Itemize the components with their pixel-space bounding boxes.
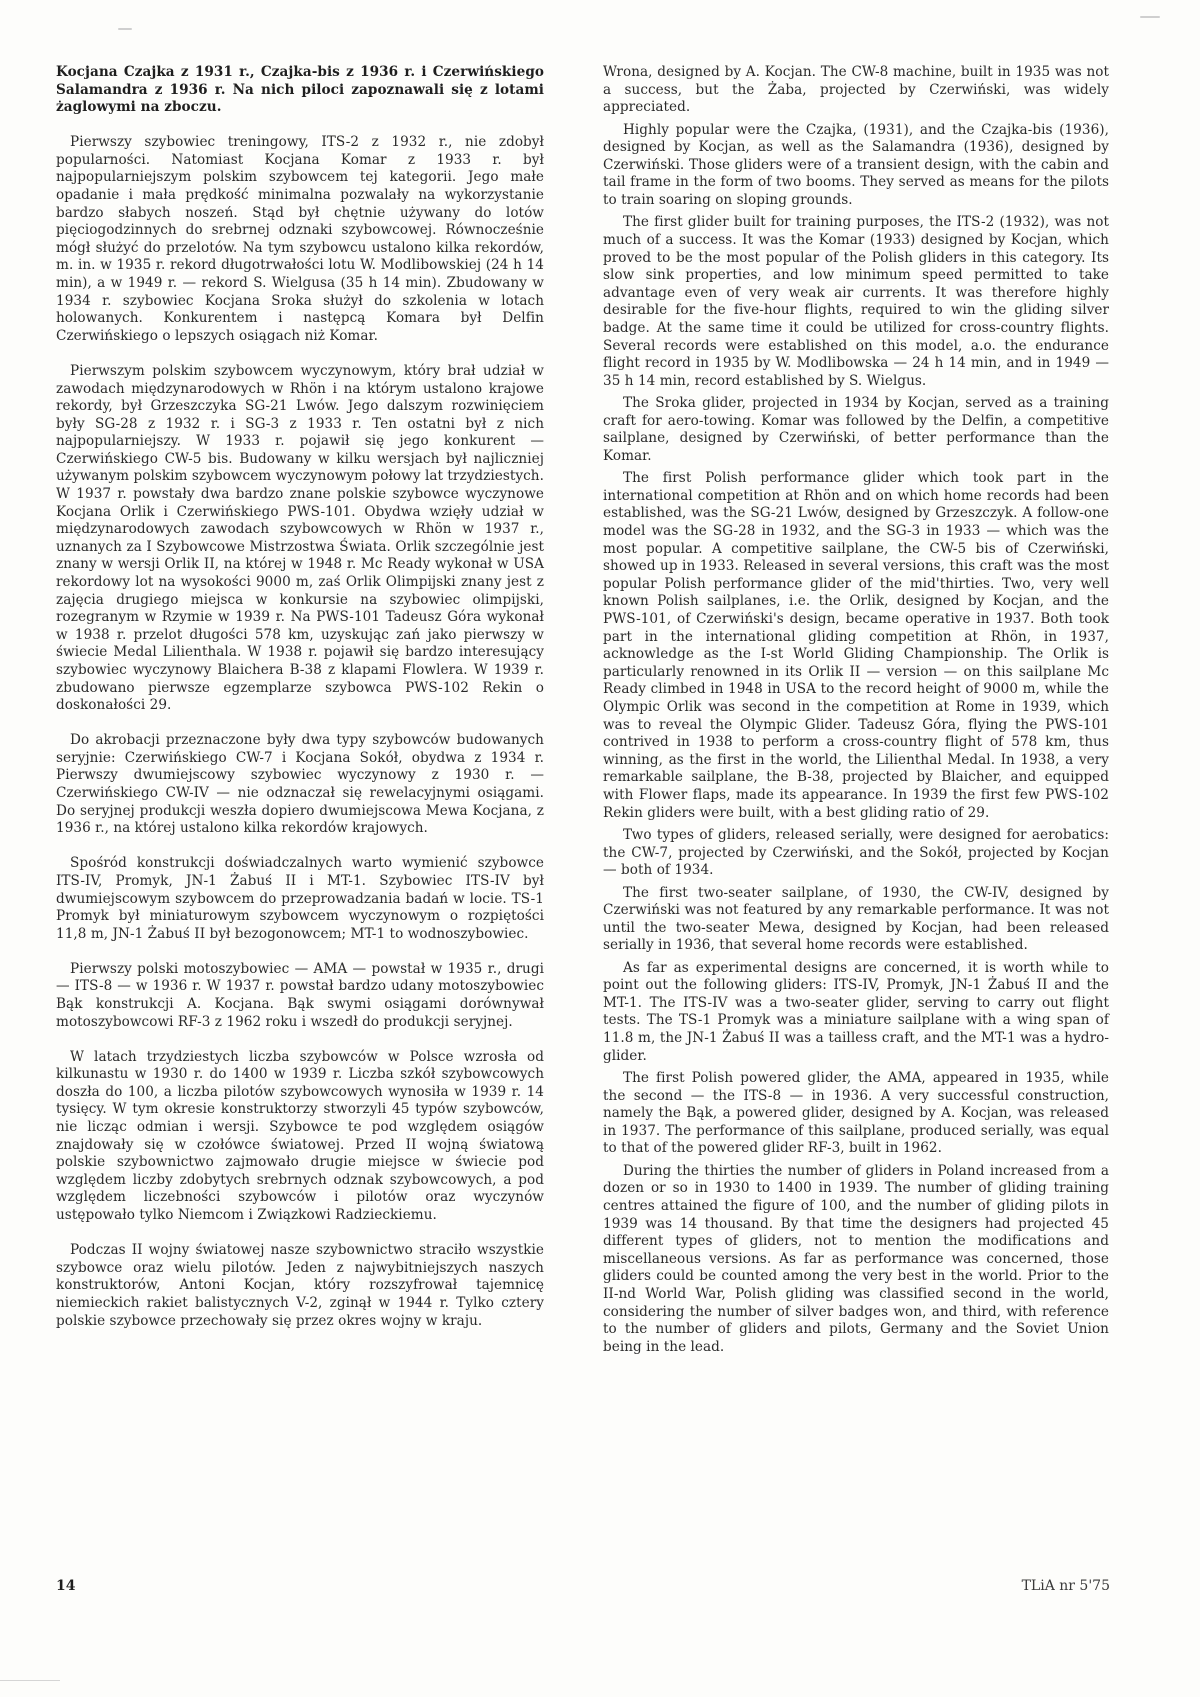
paragraph-en-2: Highly popular were the Czajka, (1931), … — [603, 122, 1109, 210]
polish-text-column: Kocjana Czajka z 1931 r., Czajka-bis z 1… — [56, 64, 544, 1348]
paragraph-en-7: The first two-seater sailplane, of 1930,… — [603, 885, 1109, 955]
paragraph-en-9: The first Polish powered glider, the AMA… — [603, 1070, 1109, 1158]
paragraph-en-10: During the thirties the number of glider… — [603, 1163, 1109, 1357]
paragraph-en-6: Two types of gliders, released serially,… — [603, 827, 1109, 880]
paragraph-pl-8: Podczas II wojny światowej nasze szybown… — [56, 1242, 544, 1330]
paragraph-pl-4: Do akrobacji przeznaczone były dwa typy … — [56, 732, 544, 838]
scan-edge-line — [0, 1680, 60, 1681]
page-number: 14 — [56, 1578, 75, 1594]
paragraph-en-3: The first glider built for training purp… — [603, 214, 1109, 390]
english-text-column: Wrona, designed by A. Kocjan. The CW-8 m… — [603, 64, 1109, 1361]
paragraph-pl-3: Pierwszym polskim szybowcem wyczynowym, … — [56, 363, 544, 715]
paragraph-en-8: As far as experimental designs are conce… — [603, 960, 1109, 1066]
paragraph-pl-1: Kocjana Czajka z 1931 r., Czajka-bis z 1… — [56, 64, 544, 117]
paragraph-pl-2: Pierwszy szybowiec treningowy, ITS-2 z 1… — [56, 134, 544, 345]
paragraph-pl-7: W latach trzydziestych liczba szybowców … — [56, 1049, 544, 1225]
scan-speck — [118, 28, 132, 30]
paragraph-pl-5: Spośród konstrukcji doświadczalnych wart… — [56, 855, 544, 943]
document-page: Kocjana Czajka z 1931 r., Czajka-bis z 1… — [0, 0, 1200, 1697]
paragraph-pl-6: Pierwszy polski motoszybowiec — AMA — po… — [56, 961, 544, 1031]
paragraph-en-4: The Sroka glider, projected in 1934 by K… — [603, 395, 1109, 465]
paragraph-en-1: Wrona, designed by A. Kocjan. The CW-8 m… — [603, 64, 1109, 117]
journal-reference: TLiA nr 5'75 — [1022, 1578, 1110, 1594]
paragraph-en-5: The first Polish performance glider whic… — [603, 470, 1109, 822]
scan-speck — [1140, 16, 1160, 18]
